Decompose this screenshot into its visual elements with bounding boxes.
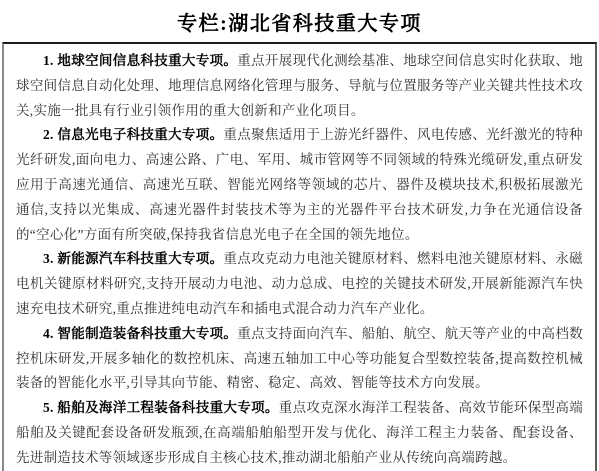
special-projects-box: 1. 地球空间信息科技重大专项。重点开展现代化测绘基准、地球空间信息实时化获取、… bbox=[2, 42, 597, 471]
document-page: 专栏:湖北省科技重大专项 1. 地球空间信息科技重大专项。重点开展现代化测绘基准… bbox=[0, 0, 599, 471]
project-item-2-lead: 2. 信息光电子科技重大专项。 bbox=[43, 127, 223, 142]
project-item-2-body: 重点聚焦适用于上游光纤器件、风电传感、光纤激光的特种光纤研发,面向电力、高速公路… bbox=[16, 127, 583, 241]
page-title: 专栏:湖北省科技重大专项 bbox=[0, 0, 599, 42]
project-item-5: 5. 船舶及海洋工程装备科技重大专项。重点攻克深水海洋工程装备、高效节能环保型高… bbox=[16, 396, 583, 470]
project-item-3-lead: 3. 新能源汽车科技重大专项。 bbox=[43, 251, 223, 266]
project-item-5-lead: 5. 船舶及海洋工程装备科技重大专项。 bbox=[43, 400, 279, 415]
project-item-3: 3. 新能源汽车科技重大专项。重点攻克动力电池关键原材料、燃料电池关键原材料、永… bbox=[16, 247, 583, 321]
project-item-1: 1. 地球空间信息科技重大专项。重点开展现代化测绘基准、地球空间信息实时化获取、… bbox=[16, 49, 583, 123]
project-item-4-lead: 4. 智能制造装备科技重大专项。 bbox=[43, 326, 237, 341]
project-item-4: 4. 智能制造装备科技重大专项。重点支持面向汽车、船舶、航空、航天等产业的中高档… bbox=[16, 322, 583, 396]
project-item-2: 2. 信息光电子科技重大专项。重点聚焦适用于上游光纤器件、风电传感、光纤激光的特… bbox=[16, 123, 583, 247]
project-item-1-lead: 1. 地球空间信息科技重大专项。 bbox=[43, 53, 237, 68]
